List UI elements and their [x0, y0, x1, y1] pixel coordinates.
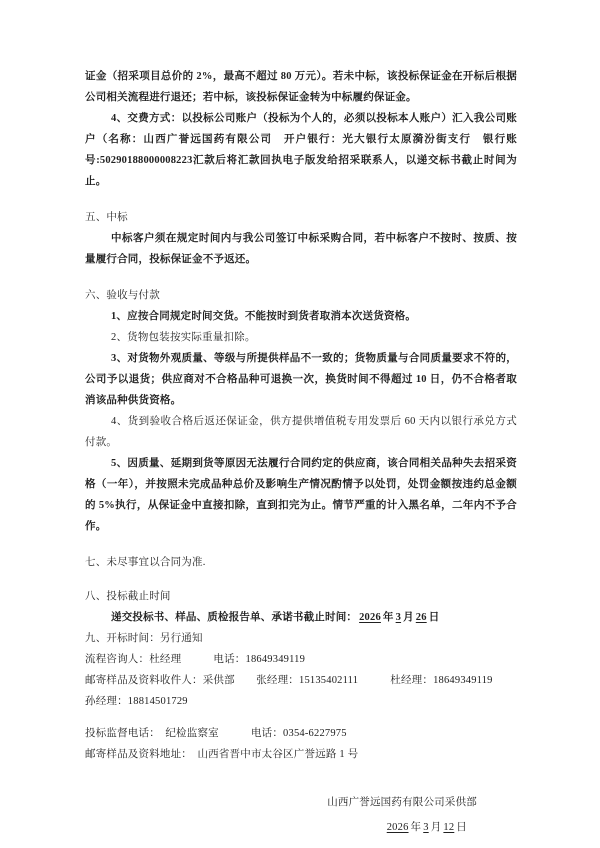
mailing-address-line: 邮寄样品及资料地址： 山西省晋中市太谷区广誉远路 1 号	[85, 744, 517, 765]
section-6-item-3: 3、对货物外观质量、等级与所提供样品不一致的；货物质量与合同质量要求不符的，公司…	[85, 348, 517, 411]
section-5-heading: 五、中标	[85, 207, 517, 228]
signature-date-year-unit: 年	[411, 822, 422, 833]
signature-date-line: 2026年3月12日	[85, 817, 517, 838]
bid-deadline-year-unit: 年	[383, 612, 394, 623]
signature-date-month-unit: 月	[431, 822, 442, 833]
section-5-body: 中标客户须在规定时间内与我公司签订中标采购合同，若中标客户不按时、按质、按量履行…	[85, 228, 517, 270]
bid-deadline-prefix: 递交投标书、样品、质检报告单、承诺书截止时间：	[111, 612, 357, 623]
section-7-heading: 七、未尽事宜以合同为准.	[85, 552, 517, 573]
payment-method-paragraph: 4、交费方式：以投标公司账户（投标为个人的，必须以投标本人账户）汇入我公司账户（…	[85, 108, 517, 192]
guarantee-carryover-paragraph: 证金（招采项目总价的 2%，最高不超过 80 万元）。若未中标，该投标保证金在开…	[85, 66, 517, 108]
bid-deadline-line: 递交投标书、样品、质检报告单、承诺书截止时间：2026年3月26日	[85, 607, 517, 628]
manager-sun-contact-line: 孙经理：18814501729	[85, 691, 517, 712]
bid-deadline-month-unit: 月	[403, 612, 414, 623]
supervision-phone-line: 投标监督电话： 纪检监察室 电话：0354-6227975	[85, 723, 517, 744]
signature-date-day-unit: 日	[456, 822, 467, 833]
bid-deadline-day-unit: 日	[429, 612, 440, 623]
document-content: 证金（招采项目总价的 2%，最高不超过 80 万元）。若未中标，该投标保证金在开…	[0, 0, 600, 838]
section-6-heading: 六、验收与付款	[85, 285, 517, 306]
signature-date-year: 2026	[387, 822, 409, 833]
section-9-heading: 九、开标时间：另行通知	[85, 628, 517, 649]
section-6-item-1: 1、应按合同规定时间交货。不能按时到货者取消本次送货资格。	[85, 306, 517, 327]
mail-recipient-contact-line: 邮寄样品及资料收件人：采供部 张经理：15135402111 杜经理：18649…	[85, 670, 517, 691]
signature-date-month: 3	[423, 822, 428, 833]
section-6-item-5: 5、因质量、延期到货等原因无法履行合同约定的供应商，该合同相关品种失去招采资格（…	[85, 453, 517, 537]
bid-deadline-day: 26	[416, 612, 427, 623]
signature-date-day: 12	[443, 822, 454, 833]
bid-deadline-year: 2026	[359, 612, 381, 623]
section-8-heading: 八、投标截止时间	[85, 586, 517, 607]
section-6-item-4: 4、货到验收合格后返还保证金，供方提供增值税专用发票后 60 天内以银行承兑方式…	[85, 411, 517, 453]
document-page: 证金（招采项目总价的 2%，最高不超过 80 万元）。若未中标，该投标保证金在开…	[0, 0, 600, 848]
consultant-contact-line: 流程咨询人：杜经理 电话：18649349119	[85, 649, 517, 670]
bid-deadline-month: 3	[396, 612, 401, 623]
section-6-item-2: 2、货物包装按实际重量扣除。	[85, 327, 517, 348]
signature-company-line: 山西广誉远国药有限公司采供部	[85, 792, 517, 813]
